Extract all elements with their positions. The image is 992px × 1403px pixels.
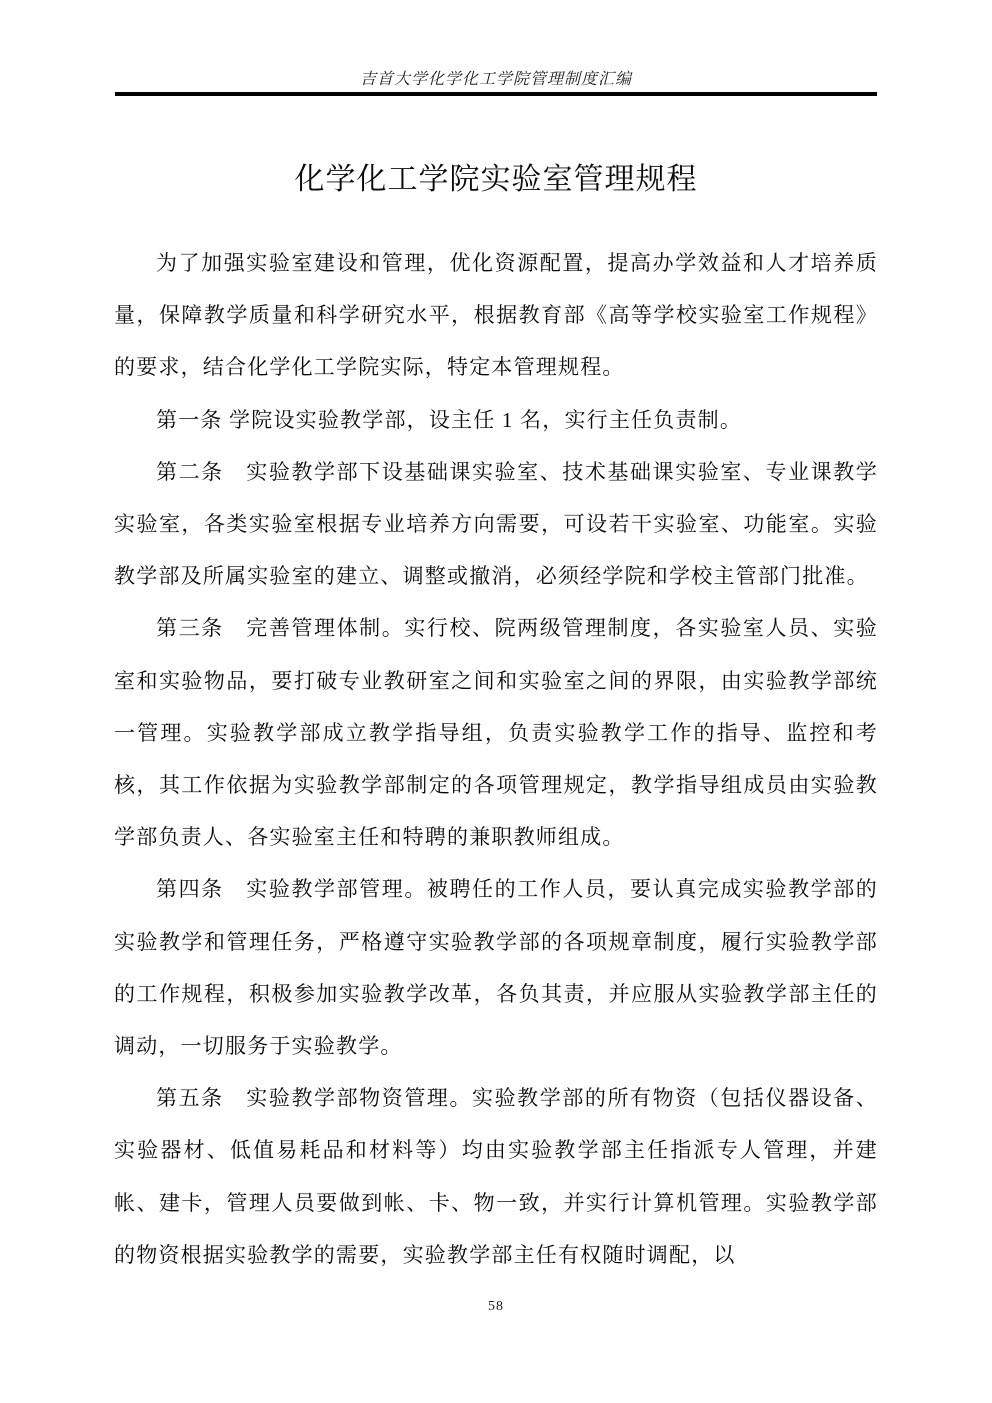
paragraph: 第二条 实验教学部下设基础课实验室、技术基础课实验室、专业课教学实验室，各类实验… [114, 446, 878, 603]
page-number: 58 [488, 1299, 504, 1314]
paragraph: 第五条 实验教学部物资管理。实验教学部的所有物资（包括仪器设备、实验器材、低值易… [114, 1072, 878, 1281]
page-header: 吉首大学化学化工学院管理制度汇编 [115, 0, 877, 96]
paragraph: 第一条 学院设实验教学部，设主任 1 名，实行主任负责制。 [114, 394, 878, 446]
page-footer: 58 [0, 1297, 992, 1315]
document-page: 吉首大学化学化工学院管理制度汇编 化学化工学院实验室管理规程 为了加强实验室建设… [0, 0, 992, 1403]
page-title: 化学化工学院实验室管理规程 [0, 158, 992, 202]
paragraph: 第四条 实验教学部管理。被聘任的工作人员，要认真完成实验教学部的实验教学和管理任… [114, 863, 878, 1072]
header-running-title: 吉首大学化学化工学院管理制度汇编 [115, 70, 877, 89]
paragraph: 为了加强实验室建设和管理，优化资源配置，提高办学效益和人才培养质量，保障教学质量… [114, 237, 878, 394]
paragraph: 第三条 完善管理体制。实行校、院两级管理制度，各实验室人员、实验室和实验物品，要… [114, 602, 878, 863]
document-body: 为了加强实验室建设和管理，优化资源配置，提高办学效益和人才培养质量，保障教学质量… [114, 237, 878, 1281]
